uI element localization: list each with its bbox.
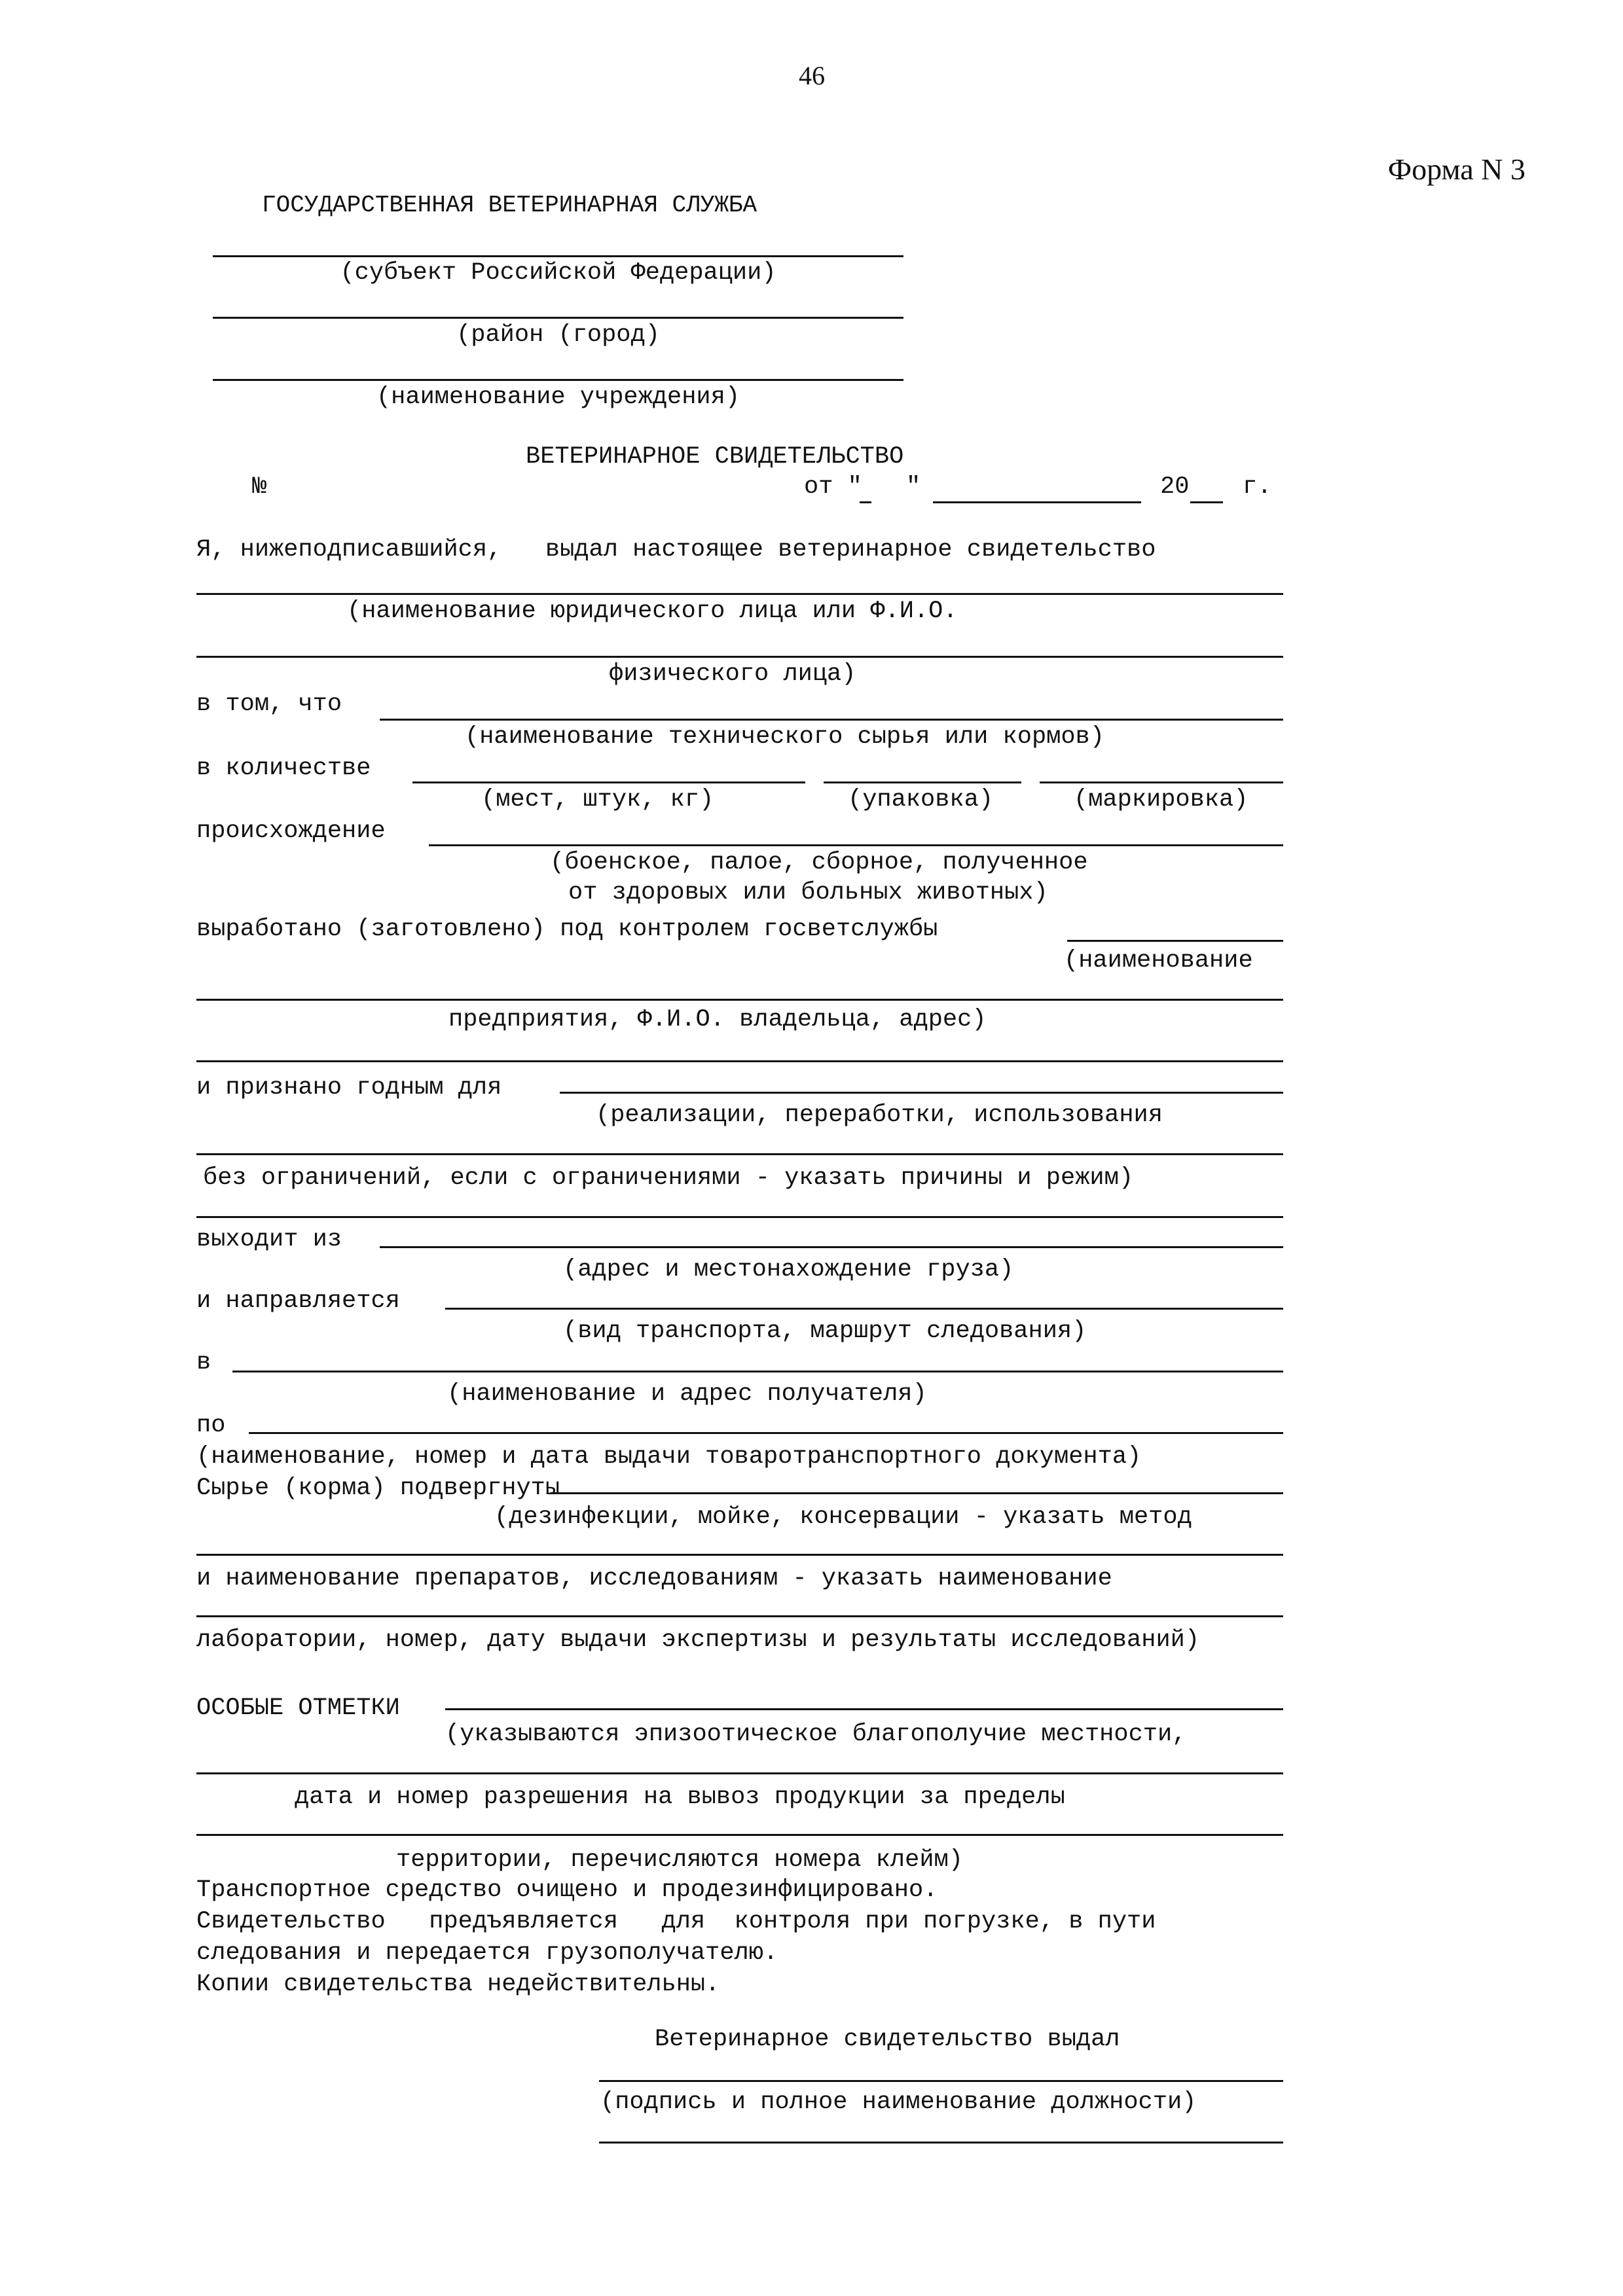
from-caption: (адрес и местонахождение груза)	[563, 1255, 1013, 1284]
origin-line[interactable]	[429, 844, 1283, 846]
packaging-caption: (упаковка)	[848, 785, 993, 814]
form-label: Форма N 3	[1342, 152, 1525, 187]
origin-label: происхождение	[196, 817, 386, 846]
date-prefix: от "	[804, 473, 862, 501]
from-label: выходит из	[196, 1225, 342, 1254]
by-caption: (наименование, номер и дата выдачи товар…	[196, 1443, 1141, 1471]
signature-line-2[interactable]	[599, 2142, 1283, 2144]
statement-transport: Транспортное средство очищено и продезин…	[196, 1876, 938, 1905]
treated-caption-2: и наименование препаратов, исследованиям…	[196, 1564, 1112, 1593]
subject-field-caption: (наименование технического сырья или кор…	[465, 723, 1104, 751]
origin-caption-1: (боенское, палое, сборное, полученное	[550, 848, 1088, 877]
sent-label: и направляется	[196, 1287, 400, 1316]
notes-label: ОСОБЫЕ ОТМЕТКИ	[196, 1694, 400, 1723]
district-caption: (район (город)	[213, 321, 903, 350]
to-line[interactable]	[232, 1371, 1283, 1372]
by-line[interactable]	[249, 1432, 1283, 1434]
produced-caption-1: (наименование	[1064, 946, 1253, 975]
notes-caption-3: территории, перечисляются номера клейм)	[396, 1846, 963, 1874]
quantity-caption: (мест, штук, кг)	[481, 785, 714, 814]
produced-caption-2: предприятия, Ф.И.О. владельца, адрес)	[448, 1005, 987, 1034]
year-suffix: г.	[1243, 473, 1271, 501]
produced-label: выработано (заготовлено) под контролем г…	[196, 915, 938, 944]
signature-line[interactable]	[599, 2080, 1283, 2082]
produced-line-1[interactable]	[1067, 940, 1283, 942]
statement-presentation: Свидетельство предъявляется для контроля…	[196, 1907, 1156, 1936]
sent-line[interactable]	[445, 1308, 1283, 1310]
signature-caption: (подпись и полное наименование должности…	[600, 2088, 1196, 2117]
quantity-label: в количестве	[196, 754, 371, 783]
fit-line-2[interactable]	[196, 1153, 1283, 1155]
treated-label: Сырье (корма) подвергнуты	[196, 1474, 560, 1503]
treated-line-3[interactable]	[196, 1615, 1283, 1617]
from-line[interactable]	[380, 1246, 1283, 1248]
institution-caption: (наименование учреждения)	[213, 383, 903, 412]
to-caption: (наименование и адрес получателя)	[447, 1380, 927, 1408]
packaging-line[interactable]	[824, 781, 1021, 783]
notes-line-3[interactable]	[196, 1834, 1283, 1836]
produced-line-3[interactable]	[196, 1060, 1283, 1062]
service-title: ГОСУДАРСТВЕННАЯ ВЕТЕРИНАРНАЯ СЛУЖБА	[262, 191, 757, 220]
entity-caption-1: (наименование юридического лица или Ф.И.…	[347, 597, 958, 626]
day-line[interactable]	[860, 501, 871, 503]
subject-line[interactable]	[213, 255, 903, 257]
fit-label: и признано годным для	[196, 1073, 501, 1102]
quantity-line[interactable]	[412, 781, 805, 783]
fit-line-3[interactable]	[196, 1216, 1283, 1218]
subject-label: в том, что	[196, 690, 342, 719]
subject-field-line[interactable]	[380, 719, 1283, 721]
date-quote-close: "	[906, 473, 921, 501]
document-page: 46 Форма N 3 ГОСУДАРСТВЕННАЯ ВЕТЕРИНАРНА…	[0, 0, 1623, 2296]
issued-by-label: Ветеринарное свидетельство выдал	[655, 2025, 1120, 2054]
entity-line-2[interactable]	[196, 656, 1283, 658]
statement-recipient: следования и передается грузополучателю.	[196, 1939, 778, 1967]
marking-line[interactable]	[1040, 781, 1283, 783]
fit-line-1[interactable]	[560, 1092, 1283, 1094]
produced-line-2[interactable]	[196, 999, 1283, 1001]
notes-line-2[interactable]	[196, 1772, 1283, 1774]
marking-caption: (маркировка)	[1074, 785, 1248, 814]
subject-caption: (субъект Российской Федерации)	[213, 259, 903, 287]
origin-caption-2: от здоровых или больных животных)	[568, 878, 1048, 907]
month-line[interactable]	[933, 501, 1141, 503]
year-prefix: 20	[1160, 473, 1189, 501]
notes-caption-1: (указываются эпизоотическое благополучие…	[445, 1720, 1186, 1749]
fit-caption-1: (реализации, переработки, использования	[596, 1101, 1163, 1130]
sent-caption: (вид транспорта, маршрут следования)	[563, 1317, 1086, 1346]
page-number: 46	[773, 60, 851, 91]
treated-line-2[interactable]	[196, 1554, 1283, 1556]
number-sign: №	[252, 473, 266, 501]
entity-line-1[interactable]	[196, 593, 1283, 595]
district-line[interactable]	[213, 317, 903, 319]
notes-line-1[interactable]	[445, 1708, 1283, 1710]
institution-line[interactable]	[213, 379, 903, 381]
notes-caption-2: дата и номер разрешения на вывоз продукц…	[295, 1783, 1065, 1812]
year-line[interactable]	[1190, 501, 1223, 503]
certificate-title: ВЕТЕРИНАРНОЕ СВИДЕТЕЛЬСТВО	[526, 442, 903, 471]
intro-text: Я, нижеподписавшийся, выдал настоящее ве…	[196, 535, 1156, 564]
treated-caption-1: (дезинфекции, мойке, консервации - указа…	[494, 1503, 1192, 1532]
treated-line-1[interactable]	[550, 1492, 1283, 1494]
entity-caption-2: физического лица)	[609, 660, 856, 689]
to-label: в	[196, 1348, 211, 1377]
by-label: по	[196, 1411, 225, 1440]
treated-caption-3: лаборатории, номер, дату выдачи эксперти…	[196, 1626, 1199, 1655]
fit-caption-2: без ограничений, если с ограничениями - …	[203, 1164, 1133, 1193]
statement-copies: Копии свидетельства недействительны.	[196, 1970, 720, 1999]
